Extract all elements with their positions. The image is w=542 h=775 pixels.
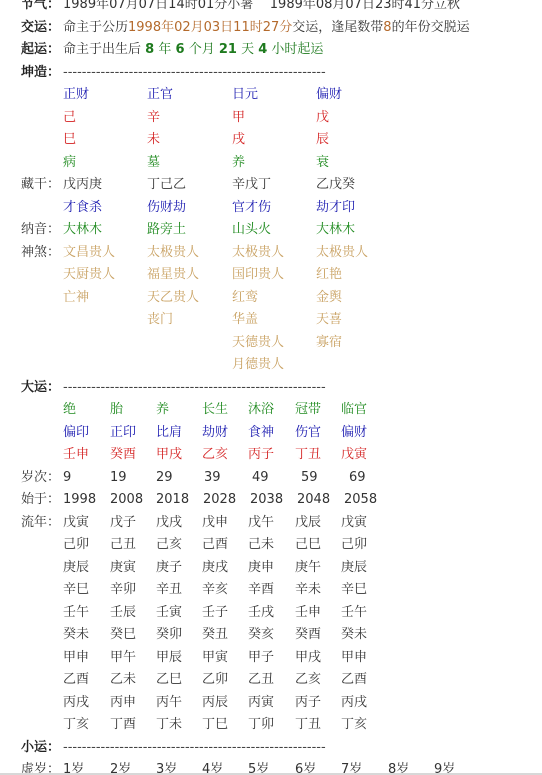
pillar-year-gan: 己	[63, 107, 76, 130]
liunian-row: 丙戌丙申丙午丙辰丙寅丙子丙戌	[0, 692, 542, 715]
pillar-hour-canggan-shishen: 劫才印	[316, 197, 355, 220]
liunian-ganzhi: 壬申	[295, 602, 321, 625]
liunian-ganzhi: 戊子	[110, 512, 136, 535]
liunian-ganzhi: 甲寅	[202, 647, 228, 670]
jieqi-row: 节气： 1989年07月07日14时01分小暑 1989年08月07日23时41…	[0, 0, 542, 17]
jiaoyun-suffix: 的年份交脱运	[392, 20, 470, 35]
shensha-item: 天喜	[316, 309, 342, 332]
liunian-row: 壬午壬辰壬寅壬子壬戌壬申壬午	[0, 602, 542, 625]
pillar-month-canggan-shishen: 伤财劫	[147, 197, 186, 220]
liunian-ganzhi: 庚子	[156, 557, 182, 580]
liunian-ganzhi: 癸丑	[202, 624, 228, 647]
liunian-ganzhi: 乙未	[110, 669, 136, 692]
liunian-ganzhi: 己亥	[156, 534, 182, 557]
liunian-ganzhi: 戊午	[248, 512, 274, 535]
xiaoyun-divider: ----------------------------------------…	[63, 737, 326, 760]
liunian-ganzhi: 丁亥	[341, 714, 367, 737]
shensha-item: 丧门	[147, 309, 173, 332]
liunian-ganzhi: 辛亥	[202, 579, 228, 602]
shensha-item: 亡神	[63, 287, 89, 310]
shensha-row: 神煞： 文昌贵人 太极贵人 太极贵人 太极贵人	[0, 242, 542, 265]
dayun-ganzhi: 乙亥	[202, 444, 228, 467]
pillar-hour-shishen: 偏财	[316, 84, 342, 107]
pillar-month-gan: 辛	[147, 107, 160, 130]
jiaoyun-prefix: 命主于公历	[63, 20, 128, 35]
dayun-age: 29	[156, 467, 173, 490]
dayun-ganzhi: 丁丑	[295, 444, 321, 467]
liunian-ganzhi: 壬戌	[248, 602, 274, 625]
dayun-ganzhi: 壬申	[63, 444, 89, 467]
shensha-item: 金舆	[316, 287, 342, 310]
liunian-ganzhi: 癸卯	[156, 624, 182, 647]
pillar-zhi-row: 巳 未 戌 辰	[0, 129, 542, 152]
dayun-changsheng: 绝	[63, 399, 76, 422]
liunian-ganzhi: 丁未	[156, 714, 182, 737]
shensha-row: 亡神 天乙贵人 红鸾 金舆	[0, 287, 542, 310]
liunian-ganzhi: 甲申	[341, 647, 367, 670]
kunzao-row: 坤造： ------------------------------------…	[0, 62, 542, 85]
qiyun-years-unit: 年	[158, 42, 171, 57]
dayun-changsheng: 养	[156, 399, 169, 422]
dayun-year: 2058	[344, 489, 377, 512]
pillar-year-changsheng: 病	[63, 152, 76, 175]
shensha-row: 天德贵人 寡宿	[0, 332, 542, 355]
liunian-ganzhi: 丙寅	[248, 692, 274, 715]
pillar-hour-canggan: 乙戊癸	[316, 174, 355, 197]
qiyun-months: 6	[176, 42, 185, 57]
qiyun-days-unit: 天	[241, 42, 254, 57]
dayun-age: 9	[63, 467, 71, 490]
liunian-row: 癸未癸巳癸卯癸丑癸亥癸酉癸未	[0, 624, 542, 647]
pillar-day-gan: 甲	[232, 107, 245, 130]
liunian-ganzhi: 己酉	[202, 534, 228, 557]
dayun-age: 39	[204, 467, 221, 490]
dayun-row: 大运： ------------------------------------…	[0, 377, 542, 400]
liunian-ganzhi: 庚申	[248, 557, 274, 580]
liunian-ganzhi: 丙申	[110, 692, 136, 715]
bazi-page: 节气： 1989年07月07日14时01分小暑 1989年08月07日23时41…	[0, 0, 542, 775]
liunian-ganzhi: 庚午	[295, 557, 321, 580]
liunian-label: 流年：	[21, 512, 60, 535]
liunian-ganzhi: 乙酉	[341, 669, 367, 692]
liunian-ganzhi: 癸酉	[295, 624, 321, 647]
nayin-label: 纳音：	[21, 219, 60, 242]
jieqi-label: 节气：	[21, 0, 60, 17]
pillar-year-nayin: 大林木	[63, 219, 102, 242]
pillar-day-nayin: 山头火	[232, 219, 271, 242]
kunzao-divider: ----------------------------------------…	[63, 62, 326, 85]
dayun-age-row: 岁次： 9 19 29 39 49 59 69	[0, 467, 542, 490]
dayun-shishen: 偏印	[63, 422, 89, 445]
liunian-ganzhi: 戊辰	[295, 512, 321, 535]
liunian-ganzhi: 丙午	[156, 692, 182, 715]
liunian-ganzhi: 壬午	[341, 602, 367, 625]
shensha-item: 太极贵人	[232, 242, 284, 265]
jieqi-text: 1989年07月07日14时01分小暑 1989年08月07日23时41分立秋	[63, 0, 460, 17]
qiyun-days: 21	[219, 42, 237, 57]
qiyun-hours: 4	[258, 42, 267, 57]
dayun-ganzhi: 甲戌	[156, 444, 182, 467]
liunian-row: 辛巳辛卯辛丑辛亥辛酉辛未辛巳	[0, 579, 542, 602]
qiyun-label: 起运：	[21, 39, 60, 62]
pillar-hour-zhi: 辰	[316, 129, 329, 152]
liunian-ganzhi: 丙戌	[341, 692, 367, 715]
qiyun-hours-unit: 小时起运	[271, 42, 323, 57]
liunian-ganzhi: 甲辰	[156, 647, 182, 670]
liunian-ganzhi: 甲戌	[295, 647, 321, 670]
liunian-ganzhi: 癸巳	[110, 624, 136, 647]
liunian-ganzhi: 庚辰	[63, 557, 89, 580]
pillar-year-canggan: 戊丙庚	[63, 174, 102, 197]
pillar-month-shishen: 正官	[147, 84, 173, 107]
qiyun-row: 起运： 命主于出生后 8 年 6 个月 21 天 4 小时起运	[0, 39, 542, 62]
liunian-ganzhi: 丁卯	[248, 714, 274, 737]
dayun-year: 2028	[203, 489, 236, 512]
shensha-item: 国印贵人	[232, 264, 284, 287]
liunian-row: 甲申甲午甲辰甲寅甲子甲戌甲申	[0, 647, 542, 670]
liunian-ganzhi: 丁酉	[110, 714, 136, 737]
liunian-row: 庚辰庚寅庚子庚戌庚申庚午庚辰	[0, 557, 542, 580]
liunian-ganzhi: 辛丑	[156, 579, 182, 602]
liunian-ganzhi: 丁丑	[295, 714, 321, 737]
liunian-ganzhi: 丁巳	[202, 714, 228, 737]
liunian-ganzhi: 庚戌	[202, 557, 228, 580]
pillar-hour-changsheng: 衰	[316, 152, 329, 175]
liunian-ganzhi: 丙戌	[63, 692, 89, 715]
dayun-age: 19	[110, 467, 127, 490]
liunian-ganzhi: 甲午	[110, 647, 136, 670]
xiaoyun-label: 小运：	[21, 737, 60, 760]
pillar-year-zhi: 巳	[63, 129, 76, 152]
dayun-shishen: 劫财	[202, 422, 228, 445]
age-label: 岁次：	[21, 467, 60, 490]
liunian-ganzhi: 乙酉	[63, 669, 89, 692]
liunian-ganzhi: 甲子	[248, 647, 274, 670]
kunzao-label: 坤造：	[21, 62, 60, 85]
dayun-ganzhi: 戊寅	[341, 444, 367, 467]
dayun-shishen: 偏财	[341, 422, 367, 445]
liunian-ganzhi: 己卯	[341, 534, 367, 557]
jiaoyun-label: 交运：	[21, 17, 60, 40]
shensha-item: 红鸾	[232, 287, 258, 310]
shensha-item: 月德贵人	[232, 354, 284, 377]
liunian-ganzhi: 己巳	[295, 534, 321, 557]
liunian-ganzhi: 乙卯	[202, 669, 228, 692]
shensha-item: 华盖	[232, 309, 258, 332]
qiyun-years: 8	[145, 42, 154, 57]
qiyun-months-unit: 个月	[189, 42, 215, 57]
dayun-year: 2038	[250, 489, 283, 512]
liunian-ganzhi: 庚辰	[341, 557, 367, 580]
shensha-item: 太极贵人	[147, 242, 199, 265]
liunian-row: 丁亥丁酉丁未丁巳丁卯丁丑丁亥	[0, 714, 542, 737]
dayun-year: 1998	[63, 489, 96, 512]
liunian-ganzhi: 庚寅	[110, 557, 136, 580]
dayun-ganzhi: 丙子	[248, 444, 274, 467]
pillar-gan-row: 己 辛 甲 戊	[0, 107, 542, 130]
pillar-year-shishen: 正财	[63, 84, 89, 107]
liunian-ganzhi: 壬午	[63, 602, 89, 625]
dayun-age: 69	[349, 467, 366, 490]
shensha-item: 寡宿	[316, 332, 342, 355]
nayin-row: 纳音： 大林木 路旁土 山头火 大林木	[0, 219, 542, 242]
dayun-changsheng: 沐浴	[248, 399, 274, 422]
dayun-year: 2018	[156, 489, 189, 512]
liunian-ganzhi: 癸未	[63, 624, 89, 647]
liunian-ganzhi: 辛巳	[341, 579, 367, 602]
xiaoyun-row: 小运： ------------------------------------…	[0, 737, 542, 760]
liunian-ganzhi: 丁亥	[63, 714, 89, 737]
dayun-shishen: 正印	[110, 422, 136, 445]
liunian-ganzhi: 壬辰	[110, 602, 136, 625]
shensha-item: 天德贵人	[232, 332, 284, 355]
liunian-ganzhi: 己未	[248, 534, 274, 557]
shensha-item: 太极贵人	[316, 242, 368, 265]
jiaoyun-digit: 8	[383, 20, 391, 35]
shensha-row: 丧门 华盖 天喜	[0, 309, 542, 332]
dayun-changsheng: 胎	[110, 399, 123, 422]
dayun-changsheng-row: 绝 胎 养 长生 沐浴 冠带 临官	[0, 399, 542, 422]
liunian-ganzhi: 戊寅	[341, 512, 367, 535]
liunian-ganzhi: 辛卯	[110, 579, 136, 602]
liunian-ganzhi: 壬寅	[156, 602, 182, 625]
dayun-year: 2008	[110, 489, 143, 512]
pillar-year-canggan-shishen: 才食杀	[63, 197, 102, 220]
pillar-day-zhi: 戌	[232, 129, 245, 152]
dayun-ganzhi: 癸酉	[110, 444, 136, 467]
liunian-ganzhi: 甲申	[63, 647, 89, 670]
pillar-month-canggan: 丁己乙	[147, 174, 186, 197]
canggan-label: 藏干：	[21, 174, 60, 197]
liunian-ganzhi: 乙巳	[156, 669, 182, 692]
pillar-day-canggan: 辛戊丁	[232, 174, 271, 197]
qiyun-text: 命主于出生后 8 年 6 个月 21 天 4 小时起运	[63, 39, 323, 62]
dayun-changsheng: 冠带	[295, 399, 321, 422]
liunian-ganzhi: 辛巳	[63, 579, 89, 602]
liunian-ganzhi: 戊寅	[63, 512, 89, 535]
liunian-ganzhi: 己丑	[110, 534, 136, 557]
jiaoyun-datetime: 1998年02月03日11时27分	[128, 20, 292, 35]
pillar-shishen-row: 正财 正官 日元 偏财	[0, 84, 542, 107]
liunian-ganzhi: 乙丑	[248, 669, 274, 692]
shensha-row: 天厨贵人 福星贵人 国印贵人 红艳	[0, 264, 542, 287]
jiaoyun-middle: 交运，逢尾数带	[292, 20, 383, 35]
dayun-age: 59	[301, 467, 318, 490]
liunian-ganzhi: 戊戌	[156, 512, 182, 535]
dayun-shishen: 伤官	[295, 422, 321, 445]
dayun-changsheng: 临官	[341, 399, 367, 422]
liunian-ganzhi: 癸未	[341, 624, 367, 647]
shensha-item: 天厨贵人	[63, 264, 115, 287]
liunian-row: 乙酉乙未乙巳乙卯乙丑乙亥乙酉	[0, 669, 542, 692]
liunian-ganzhi: 丙辰	[202, 692, 228, 715]
liunian-ganzhi: 己卯	[63, 534, 89, 557]
liunian-ganzhi: 辛未	[295, 579, 321, 602]
pillar-day-canggan-shishen: 官才伤	[232, 197, 271, 220]
jiaoyun-row: 交运： 命主于公历1998年02月03日11时27分交运，逢尾数带8的年份交脱运	[0, 17, 542, 40]
canggan-row: 藏干： 戊丙庚 丁己乙 辛戊丁 乙戊癸	[0, 174, 542, 197]
pillar-month-zhi: 未	[147, 129, 160, 152]
pillar-hour-gan: 戊	[316, 107, 329, 130]
liunian-row: 流年：戊寅戊子戊戌戊申戊午戊辰戊寅	[0, 512, 542, 535]
liunian-ganzhi: 乙亥	[295, 669, 321, 692]
dayun-changsheng: 长生	[202, 399, 228, 422]
pillar-day-shishen: 日元	[232, 84, 258, 107]
dayun-ganzhi-row: 壬申 癸酉 甲戌 乙亥 丙子 丁丑 戊寅	[0, 444, 542, 467]
dayun-label: 大运：	[21, 377, 60, 400]
pillar-day-changsheng: 养	[232, 152, 245, 175]
pillar-changsheng-row: 病 墓 养 衰	[0, 152, 542, 175]
shensha-item: 红艳	[316, 264, 342, 287]
pillar-hour-nayin: 大林木	[316, 219, 355, 242]
liunian-ganzhi: 辛酉	[248, 579, 274, 602]
qiyun-prefix: 命主于出生后	[63, 42, 141, 57]
dayun-year-row: 始于： 1998 2008 2018 2028 2038 2048 2058	[0, 489, 542, 512]
shensha-item: 文昌贵人	[63, 242, 115, 265]
dayun-shishen: 比肩	[156, 422, 182, 445]
dayun-shishen-row: 偏印 正印 比肩 劫财 食神 伤官 偏财	[0, 422, 542, 445]
liunian-block: 流年：戊寅戊子戊戌戊申戊午戊辰戊寅己卯己丑己亥己酉己未己巳己卯庚辰庚寅庚子庚戌庚…	[0, 512, 542, 737]
liunian-ganzhi: 壬子	[202, 602, 228, 625]
liunian-ganzhi: 丙子	[295, 692, 321, 715]
dayun-year: 2048	[297, 489, 330, 512]
liunian-ganzhi: 戊申	[202, 512, 228, 535]
dayun-age: 49	[252, 467, 269, 490]
dayun-divider: ----------------------------------------…	[63, 377, 326, 400]
pillar-month-nayin: 路旁土	[147, 219, 186, 242]
shensha-label: 神煞：	[21, 242, 60, 265]
dayun-shishen: 食神	[248, 422, 274, 445]
liunian-ganzhi: 癸亥	[248, 624, 274, 647]
shensha-row: 月德贵人	[0, 354, 542, 377]
pillar-month-changsheng: 墓	[147, 152, 160, 175]
liunian-row: 己卯己丑己亥己酉己未己巳己卯	[0, 534, 542, 557]
shensha-item: 福星贵人	[147, 264, 199, 287]
canggan-shishen-row: 才食杀 伤财劫 官才伤 劫才印	[0, 197, 542, 220]
shensha-item: 天乙贵人	[147, 287, 199, 310]
jiaoyun-text: 命主于公历1998年02月03日11时27分交运，逢尾数带8的年份交脱运	[63, 17, 470, 40]
year-label: 始于：	[21, 489, 60, 512]
